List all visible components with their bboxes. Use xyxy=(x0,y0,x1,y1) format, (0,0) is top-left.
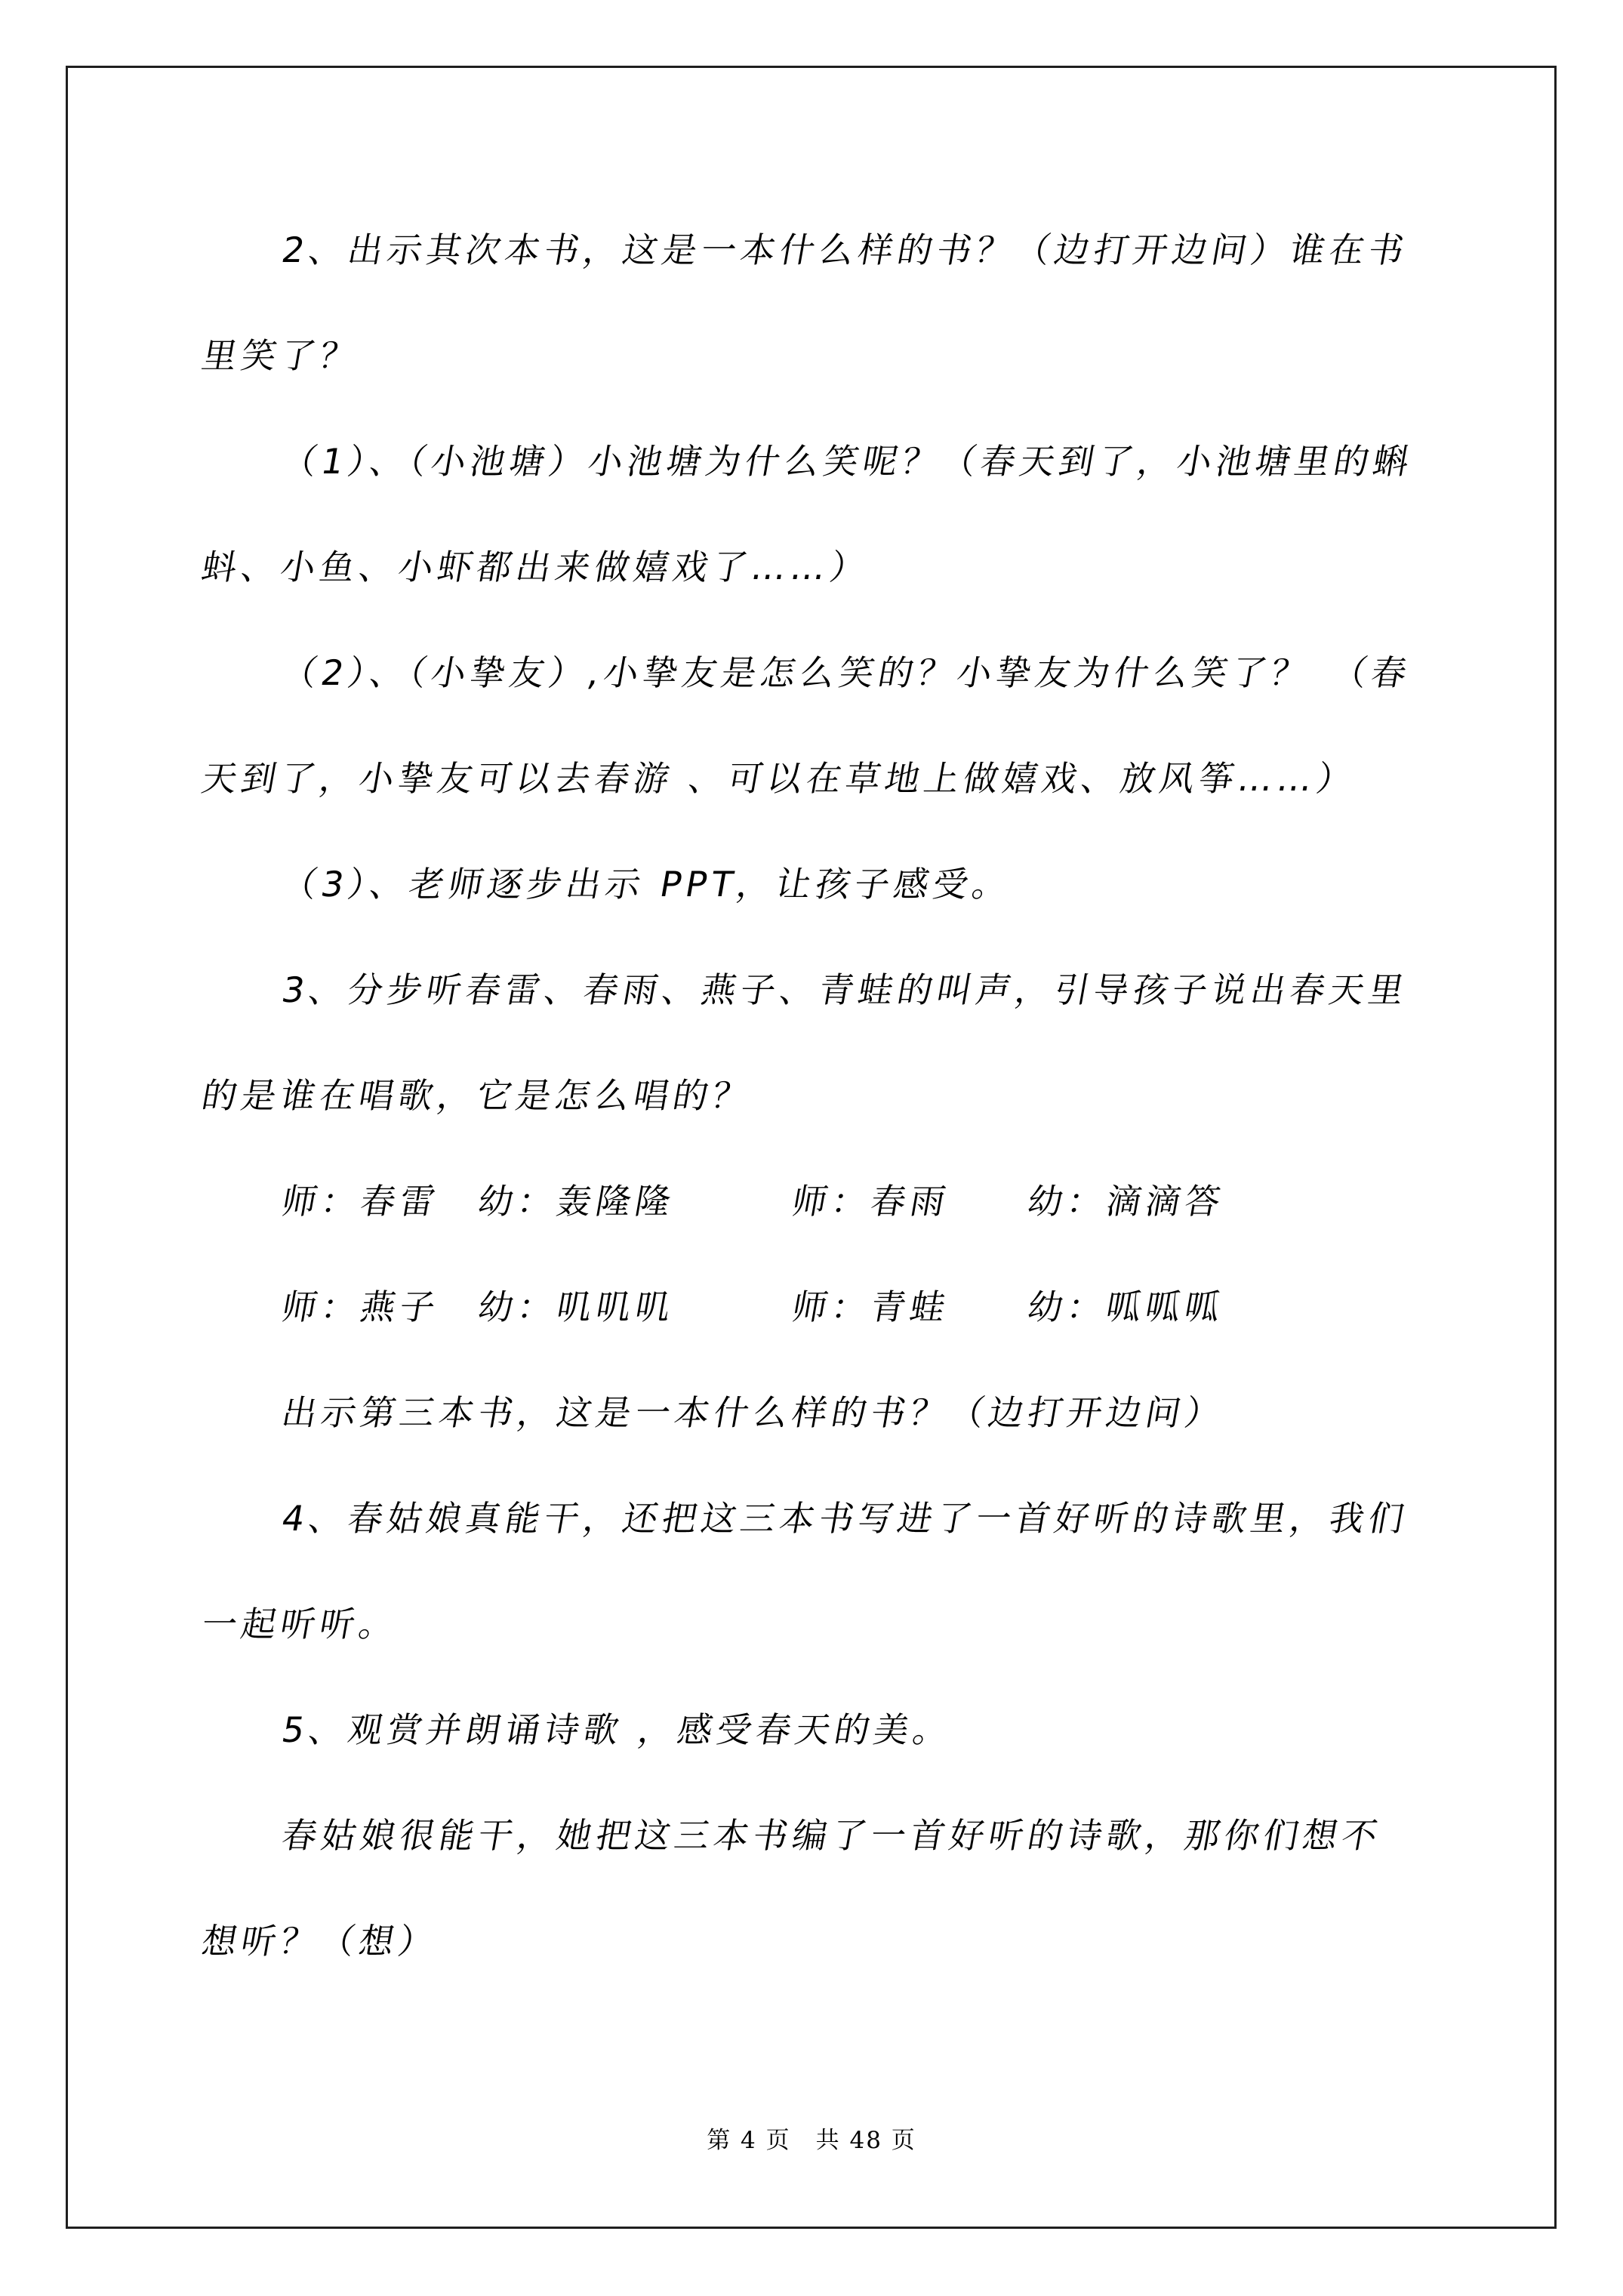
document-body: 2、出示其次本书，这是一本什么样的书？（边打开边问）谁在书里笑了？（1）、（小池… xyxy=(202,197,1501,1994)
text-line: 2、出示其次本书，这是一本什么样的书？（边打开边问）谁在书 xyxy=(193,197,1511,303)
text-line: 3、分步听春雷、春雨、燕子、青蛙的叫声，引导孩子说出春天里 xyxy=(193,937,1511,1043)
text-line: 师：春雷 幼：轰隆隆 师：春雨 幼：滴滴答 xyxy=(193,1148,1511,1254)
text-line: （1）、（小池塘）小池塘为什么笑呢？（春天到了，小池塘里的蝌 xyxy=(193,408,1511,514)
page-number-text: 第 4 页 共 48 页 xyxy=(707,2127,916,2154)
text-line: 的是谁在唱歌，它是怎么唱的？ xyxy=(193,1043,1511,1148)
text-line: 一起听听。 xyxy=(193,1571,1511,1677)
page-footer: 第 4 页 共 48 页 xyxy=(0,2126,1623,2155)
text-line: 想听？（想） xyxy=(193,1888,1511,1994)
text-line: 春姑娘很能干，她把这三本书编了一首好听的诗歌，那你们想不 xyxy=(193,1783,1511,1888)
text-line: （3）、老师逐步出示 PPT，让孩子感受。 xyxy=(193,831,1511,937)
text-line: 4、春姑娘真能干，还把这三本书写进了一首好听的诗歌里，我们 xyxy=(193,1465,1511,1571)
text-line: 5、观赏并朗诵诗歌 ，感受春天的美。 xyxy=(193,1677,1511,1783)
text-line: 蚪、小鱼、小虾都出来做嬉戏了……） xyxy=(193,514,1511,620)
text-line: 里笑了？ xyxy=(193,303,1511,408)
text-line: 天到了，小挚友可以去春游 、可以在草地上做嬉戏、放风筝……） xyxy=(193,726,1511,831)
text-line: 师：燕子 幼：叽叽叽 师：青蛙 幼：呱呱呱 xyxy=(193,1254,1511,1360)
text-line: 出示第三本书，这是一本什么样的书？（边打开边问） xyxy=(193,1360,1511,1465)
text-line: （2）、（小挚友）,小挚友是怎么笑的？小挚友为什么笑了？ （春 xyxy=(193,620,1511,726)
